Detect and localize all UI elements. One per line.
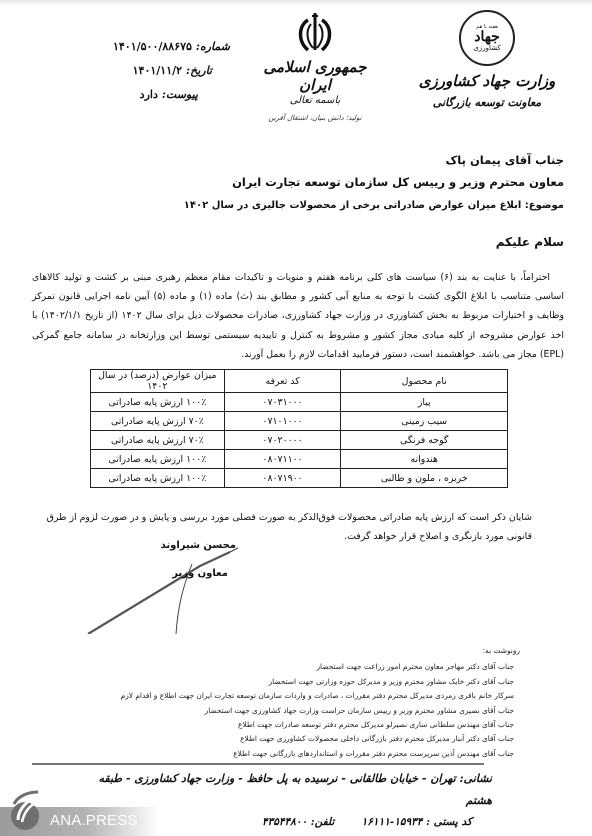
year-slogan: تولید؛ دانش بنیان، اشتغال آفرین: [250, 114, 380, 122]
export-duty-table: نام محصول کد تعرفه میزان عوارض (درصد) در…: [90, 369, 508, 488]
column-header-product: نام محصول: [341, 370, 508, 393]
cc-list: رونوشت به: جناب آقای دکتر مهاجر معاون مح…: [20, 644, 520, 761]
signatory-title: معاون وزیر: [172, 568, 228, 579]
addressee-name: جناب آقای پیمان پاک: [24, 149, 564, 171]
cell-tariff-code: ۰۷۰۳۱۰۰۰: [224, 393, 341, 412]
cell-tariff-code: ۰۸۰۷۱۱۰۰: [224, 450, 341, 469]
cell-product: گوجه فرنگی: [341, 431, 508, 450]
letter-body: احتراماً، با عنایت به بند (۶) سیاست های …: [32, 268, 564, 364]
cell-tariff-code: ۰۸۰۷۱۹۰۰: [224, 469, 341, 488]
cell-duty-rate: ۱۰۰٪ ارزش پایه صادراتی: [91, 393, 225, 412]
body-paragraph: احتراماً، با عنایت به بند (۶) سیاست های …: [32, 268, 564, 364]
ministry-header: هفته با هم جهاد کشاورزی وزارت جهاد کشاور…: [412, 10, 562, 109]
basmeh-tagline: باسمه تعالی: [250, 95, 380, 106]
signature-block: محسن شیراوند معاون وزیر: [140, 540, 250, 630]
cc-item: جناب آقای دکتر خایک مشاور محترم وزیر و م…: [20, 675, 520, 689]
column-header-duty-rate: میزان عوارض (درصد) در سال ۱۴۰۲: [91, 370, 225, 393]
republic-title: جمهوری اسلامی ایران: [250, 58, 380, 94]
footer-divider: [32, 763, 484, 765]
watermark-text: ANA.PRESS: [50, 812, 138, 829]
iran-emblem-icon: [292, 10, 338, 56]
addressee-title: معاون محترم وزیر و رییس کل سازمان توسعه …: [24, 171, 564, 193]
cc-item: جناب آقای نصیری مشاور محترم وزیر و رییس …: [20, 704, 520, 718]
logo-subword: کشاورزی: [473, 44, 500, 52]
letter-page: هفته با هم جهاد کشاورزی وزارت جهاد کشاور…: [0, 0, 592, 836]
letter-number: شماره: ۱۴۰۱/۵۰۰/۸۸۶۷۵: [60, 40, 230, 64]
table-row: گوجه فرنگی ۰۷۰۲۰۰۰۰ ۷۰٪ ارزش پایه صادرات…: [91, 431, 508, 450]
footer-address: نشانی: تهران - خیابان طالقانی - نرسیده ب…: [72, 768, 492, 812]
ana-press-logo-icon: [8, 790, 42, 832]
cell-duty-rate: ۷۰٪ ارزش پایه صادراتی: [91, 431, 225, 450]
cc-item: جناب آقای مهندس سلطانی ساری نصیرلو مدیرک…: [20, 718, 520, 732]
letter-date: تاریخ: ۱۴۰۱/۱۱/۲: [60, 64, 230, 88]
cc-item: جناب آقای دکتر آبنار مدیرکل محترم دفتر ب…: [20, 732, 520, 746]
cell-duty-rate: ۷۰٪ ارزش پایه صادراتی: [91, 412, 225, 431]
cc-heading: رونوشت به:: [20, 644, 520, 658]
cell-tariff-code: ۰۷۱۰۱۰۰۰: [224, 412, 341, 431]
postal-code-value: ۱۵۹۳۴-۱۶۱۱۱: [362, 816, 423, 828]
column-header-tariff-code: کد تعرفه: [224, 370, 341, 393]
letter-subject: موضوع: ابلاغ میزان عوارض صادراتی برخی از…: [24, 195, 564, 217]
jihad-keshavarzi-logo-icon: هفته با هم جهاد کشاورزی: [459, 10, 515, 66]
table-header-row: نام محصول کد تعرفه میزان عوارض (درصد) در…: [91, 370, 508, 393]
table-row: خربزه ، ملون و طالبی ۰۸۰۷۱۹۰۰ ۱۰۰٪ ارزش …: [91, 469, 508, 488]
cell-duty-rate: ۱۰۰٪ ارزش پایه صادراتی: [91, 450, 225, 469]
greeting: سلام علیکم: [496, 235, 564, 249]
cell-product: پیاز: [341, 393, 508, 412]
cc-item: سرکار خانم باقری زمردی مدیرکل محترم دفتر…: [20, 689, 520, 703]
cell-product: خربزه ، ملون و طالبی: [341, 469, 508, 488]
cell-duty-rate: ۱۰۰٪ ارزش پایه صادراتی: [91, 469, 225, 488]
top-shade: [0, 0, 592, 6]
signatory-name: محسن شیراوند: [161, 540, 236, 551]
ministry-name: وزارت جهاد کشاورزی: [412, 72, 562, 90]
letter-attachment: پیوست: دارد: [60, 88, 230, 112]
cell-product: هندوانه: [341, 450, 508, 469]
postal-code-label: کد پستی :: [426, 816, 472, 828]
phone-label: تلفن:: [311, 816, 335, 828]
table-row: پیاز ۰۷۰۳۱۰۰۰ ۱۰۰٪ ارزش پایه صادراتی: [91, 393, 508, 412]
cell-product: سیب زمینی: [341, 412, 508, 431]
deputy-name: معاونت توسعه بازرگانی: [412, 96, 562, 109]
logo-word: جهاد: [474, 30, 500, 44]
table-row: سیب زمینی ۰۷۱۰۱۰۰۰ ۷۰٪ ارزش پایه صادراتی: [91, 412, 508, 431]
cc-item: جناب آقای مهندس آذین سرپرست محترم دفتر م…: [20, 747, 520, 761]
letter-meta: شماره: ۱۴۰۱/۵۰۰/۸۸۶۷۵ تاریخ: ۱۴۰۱/۱۱/۲ پ…: [60, 40, 230, 112]
table-row: هندوانه ۰۸۰۷۱۱۰۰ ۱۰۰٪ ارزش پایه صادراتی: [91, 450, 508, 469]
cc-item: جناب آقای دکتر مهاجر معاون محترم امور زر…: [20, 660, 520, 674]
republic-header: جمهوری اسلامی ایران باسمه تعالی تولید؛ د…: [250, 10, 380, 122]
phone-value: ۴۳۵۴۴۸۰۰: [262, 816, 307, 828]
cell-tariff-code: ۰۷۰۲۰۰۰۰: [224, 431, 341, 450]
addressee-block: جناب آقای پیمان پاک معاون محترم وزیر و ر…: [24, 149, 564, 217]
